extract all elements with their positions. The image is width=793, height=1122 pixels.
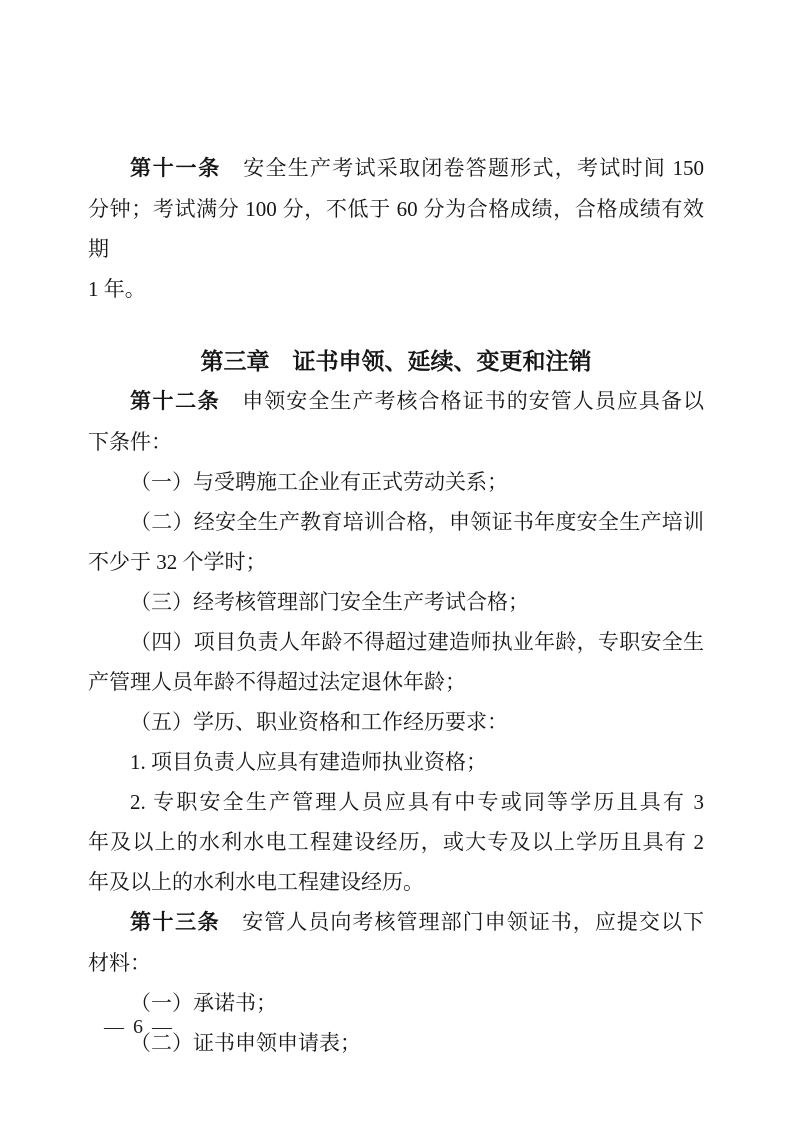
text-line: 第十三条 安管人员向考核管理部门申领证书，应提交以下 (88, 902, 704, 943)
paragraph: （一）与受聘施工企业有正式劳动关系； (88, 462, 704, 502)
text-line: 2. 专职安全生产管理人员应具有中专或同等学历且具有 3 (88, 782, 704, 822)
text-line: （四）项目负责人年龄不得超过建造师执业年龄，专职安全生 (88, 622, 704, 662)
text-line: （一）与受聘施工企业有正式劳动关系； (88, 462, 704, 502)
text-line: 产管理人员年龄不得超过法定退休年龄； (88, 662, 704, 702)
page-footer: — 6 — (104, 1012, 174, 1042)
paragraph: （一）承诺书； (88, 983, 704, 1023)
article-number: 第十二条 (130, 390, 220, 413)
paragraph: 1. 项目负责人应具有建造师执业资格； (88, 742, 704, 782)
text-line: 不少于 32 个学时； (88, 542, 704, 582)
article-number: 第十三条 (130, 911, 220, 934)
text-line: 第十一条 安全生产考试采取闭卷答题形式，考试时间 150 (88, 148, 704, 189)
chapter-heading: 第三章 证书申领、延续、变更和注销 (88, 341, 704, 381)
text-line: （一）承诺书； (88, 983, 704, 1023)
paragraph: （二）经安全生产教育培训合格，申领证书年度安全生产培训不少于 32 个学时； (88, 502, 704, 582)
paragraph: （三）经考核管理部门安全生产考试合格； (88, 582, 704, 622)
document-body: 第十一条 安全生产考试采取闭卷答题形式，考试时间 150分钟；考试满分 100 … (88, 148, 704, 1063)
page-number: — 6 — (104, 1016, 174, 1038)
paragraph: 第十三条 安管人员向考核管理部门申领证书，应提交以下材料： (88, 902, 704, 983)
document-page: 第十一条 安全生产考试采取闭卷答题形式，考试时间 150分钟；考试满分 100 … (0, 0, 793, 1122)
text-line: （五）学历、职业资格和工作经历要求： (88, 702, 704, 742)
text-line: 下条件： (88, 422, 704, 462)
paragraph: （二）证书申领申请表； (88, 1023, 704, 1063)
paragraph: 2. 专职安全生产管理人员应具有中专或同等学历且具有 3年及以上的水利水电工程建… (88, 782, 704, 902)
text-line: 1 年。 (88, 269, 704, 309)
text-line: 年及以上的水利水电工程建设经历，或大专及以上学历且具有 2 (88, 822, 704, 862)
paragraph: （五）学历、职业资格和工作经历要求： (88, 702, 704, 742)
text-line: 1. 项目负责人应具有建造师执业资格； (88, 742, 704, 782)
text-line: （二）证书申领申请表； (88, 1023, 704, 1063)
paragraph: 第十一条 安全生产考试采取闭卷答题形式，考试时间 150分钟；考试满分 100 … (88, 148, 704, 309)
text-line: 分钟；考试满分 100 分，不低于 60 分为合格成绩，合格成绩有效期 (88, 189, 704, 269)
paragraph: （四）项目负责人年龄不得超过建造师执业年龄，专职安全生产管理人员年龄不得超过法定… (88, 622, 704, 702)
text-line: 材料： (88, 943, 704, 983)
text-line: 年及以上的水利水电工程建设经历。 (88, 862, 704, 902)
chapter-heading-text: 第三章 证书申领、延续、变更和注销 (88, 341, 704, 381)
paragraph: 第十二条 申领安全生产考核合格证书的安管人员应具备以下条件： (88, 381, 704, 462)
text-line: （二）经安全生产教育培训合格，申领证书年度安全生产培训 (88, 502, 704, 542)
article-number: 第十一条 (130, 157, 221, 180)
text-line: 第十二条 申领安全生产考核合格证书的安管人员应具备以 (88, 381, 704, 422)
text-line: （三）经考核管理部门安全生产考试合格； (88, 582, 704, 622)
